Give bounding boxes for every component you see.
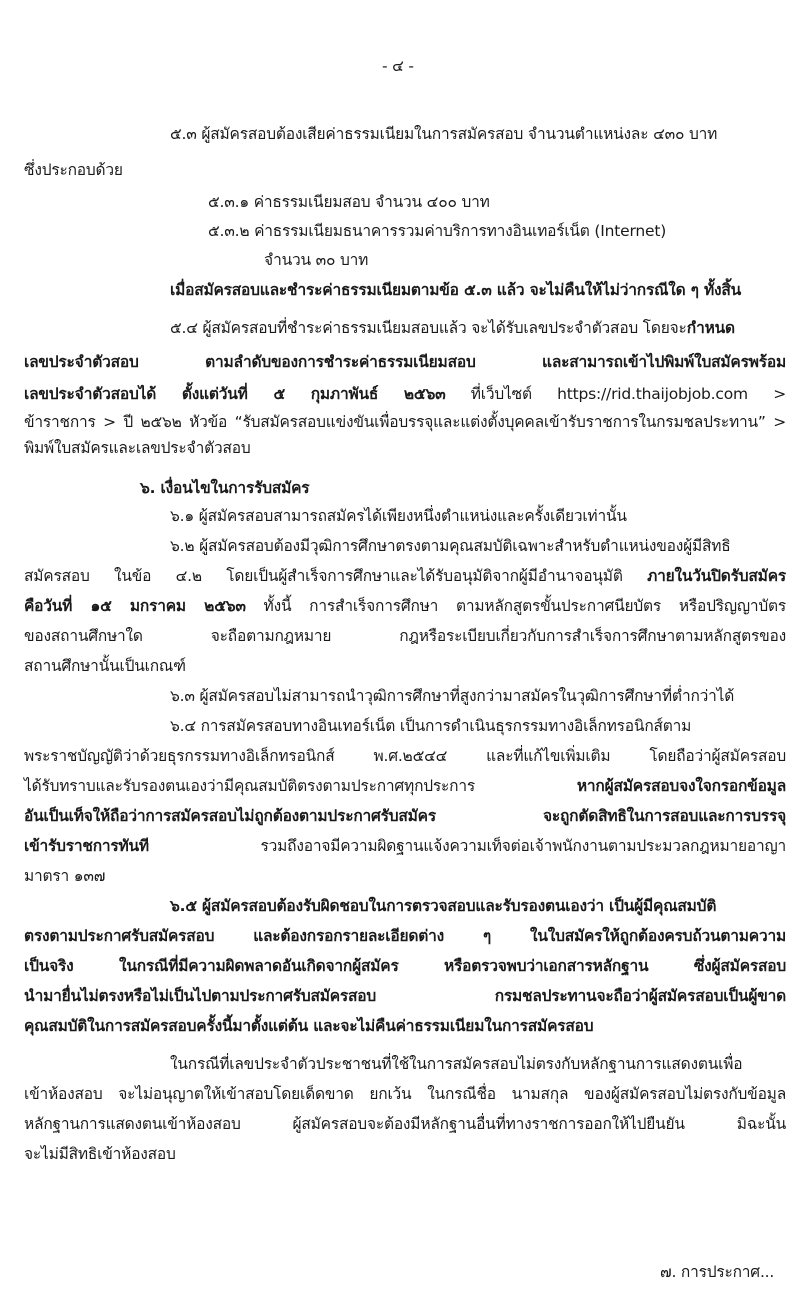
- clause-6-4-line3: ได้รับทราบและรับรองตนเองว่ามีคุณสมบัติตร…: [24, 776, 786, 796]
- clause-6-4-text: ได้รับทราบและรับรองตนเองว่ามีคุณสมบัติตร…: [24, 777, 577, 795]
- clause-6-2-line2: สมัครสอบ ในข้อ ๔.๒ โดยเป็นผู้สำเร็จการศึ…: [24, 566, 786, 586]
- clause-5-4-line4: ข้าราชการ > ปี ๒๕๖๒ หัวข้อ “รับสมัครสอบแ…: [24, 412, 786, 432]
- clause-6-4-line5: เข้ารับราชการทันที รวมถึงอาจมีความผิดฐาน…: [24, 836, 786, 856]
- clause-6-5-line3: เป็นจริง ในกรณีที่มีความผิดพลาดอันเกิดจา…: [24, 956, 786, 976]
- deadline-date: คือวันที่ ๑๕ มกราคม ๒๕๖๓: [24, 597, 246, 615]
- no-refund-notice: เมื่อสมัครสอบและชำระค่าธรรมเนียมตามข้อ ๕…: [170, 280, 741, 300]
- clause-6-2-cont: ทั้งนี้ การสำเร็จการศึกษา ตามหลักสูตรขั้…: [246, 597, 786, 615]
- deadline-label: ภายในวันปิดรับสมัคร: [647, 567, 786, 585]
- clause-5-3-2: ๕.๓.๒ ค่าธรรมเนียมธนาคารรวมค่าบริการทางอ…: [208, 221, 666, 241]
- clause-6-5-line4: นำมายื่นไม่ตรงหรือไม่เป็นไปตามประกาศรับส…: [24, 986, 786, 1006]
- clause-5-3-cont: ซึ่งประกอบด้วย: [24, 160, 123, 180]
- id-mismatch-line2: เข้าห้องสอบ จะไม่อนุญาตให้เข้าสอบโดยเด็ด…: [24, 1084, 786, 1104]
- website-ref: ที่เว็บไซต์ https://rid.thaijobjob.com >: [445, 385, 786, 403]
- clause-6-4-line4: อันเป็นเท็จให้ถือว่าการสมัครสอบไม่ถูกต้อ…: [24, 806, 786, 826]
- clause-6-5: ๖.๕ ผู้สมัครสอบต้องรับผิดชอบในการตรวจสอบ…: [170, 896, 716, 916]
- clause-6-2-text: สมัครสอบ ในข้อ ๔.๒ โดยเป็นผู้สำเร็จการศึ…: [24, 567, 647, 585]
- print-date: เลขประจำตัวสอบได้ ตั้งแต่วันที่ ๕ กุมภาพ…: [24, 385, 445, 403]
- clause-6-2-line4: ของสถานศึกษาใด จะถือตามกฎหมาย กฎหรือระเบ…: [24, 626, 786, 646]
- clause-5-4-line3: เลขประจำตัวสอบได้ ตั้งแต่วันที่ ๕ กุมภาพ…: [24, 384, 786, 404]
- id-mismatch-line4: จะไม่มีสิทธิเข้าห้องสอบ: [24, 1144, 176, 1164]
- clause-5-4: ๕.๔ ผู้สมัครสอบที่ชำระค่าธรรมเนียมสอบแล้…: [170, 318, 735, 338]
- clause-6-4-cont: รวมถึงอาจมีความผิดฐานแจ้งความเท็จต่อเจ้า…: [149, 837, 786, 855]
- false-info-warning: หากผู้สมัครสอบจงใจกรอกข้อมูล: [577, 777, 786, 795]
- id-mismatch-line3: หลักฐานการแสดงตนเข้าห้องสอบ ผู้สมัครสอบจ…: [24, 1114, 786, 1134]
- clause-5-3: ๕.๓ ผู้สมัครสอบต้องเสียค่าธรรมเนียมในการ…: [170, 124, 717, 144]
- clause-6-2-line5: สถานศึกษานั้นเป็นเกณฑ์: [24, 656, 186, 676]
- section-6-heading: ๖. เงื่อนไขในการรับสมัคร: [140, 478, 309, 498]
- clause-6-3: ๖.๓ ผู้สมัครสอบไม่สามารถนำวุฒิการศึกษาที…: [170, 686, 734, 706]
- clause-5-3-1: ๕.๓.๑ ค่าธรรมเนียมสอบ จำนวน ๔๐๐ บาท: [208, 192, 490, 212]
- clause-6-4-line2: พระราชบัญญัติว่าด้วยธุรกรรมทางอิเล็กทรอน…: [24, 746, 786, 766]
- page-number: - ๔ -: [382, 56, 414, 76]
- clause-6-5-line5: คุณสมบัติในการสมัครสอบครั้งนี้มาตั้งแต่ต…: [24, 1016, 593, 1036]
- clause-5-4-text: ๕.๔ ผู้สมัครสอบที่ชำระค่าธรรมเนียมสอบแล้…: [170, 319, 687, 337]
- clause-6-4: ๖.๔ การสมัครสอบทางอินเทอร์เน็ต เป็นการดำ…: [170, 716, 691, 736]
- clause-5-4-line2: เลขประจำตัวสอบ ตามลำดับของการชำระค่าธรรม…: [24, 352, 786, 372]
- clause-6-5-line2: ตรงตามประกาศรับสมัครสอบ และต้องกรอกรายละ…: [24, 926, 786, 946]
- clause-5-4-line5: พิมพ์ใบสมัครและเลขประจำตัวสอบ: [24, 438, 251, 458]
- clause-6-2: ๖.๒ ผู้สมัครสอบต้องมีวุฒิการศึกษาตรงตามค…: [170, 536, 731, 556]
- clause-6-1: ๖.๑ ผู้สมัครสอบสามารถสมัครได้เพียงหนึ่งต…: [170, 506, 627, 526]
- id-mismatch-paragraph: ในกรณีที่เลขประจำตัวประชาชนที่ใช้ในการสม…: [170, 1054, 742, 1074]
- clause-5-4-bold: กำหนด: [687, 319, 735, 337]
- immediate-label: เข้ารับราชการทันที: [24, 837, 149, 855]
- clause-6-2-line3: คือวันที่ ๑๕ มกราคม ๒๕๖๓ ทั้งนี้ การสำเร…: [24, 596, 786, 616]
- clause-6-4-line6: มาตรา ๑๓๗: [24, 866, 105, 886]
- continuation-marker: ๗. การประกาศ...: [660, 1262, 774, 1282]
- clause-5-3-2-amount: จำนวน ๓๐ บาท: [264, 250, 368, 270]
